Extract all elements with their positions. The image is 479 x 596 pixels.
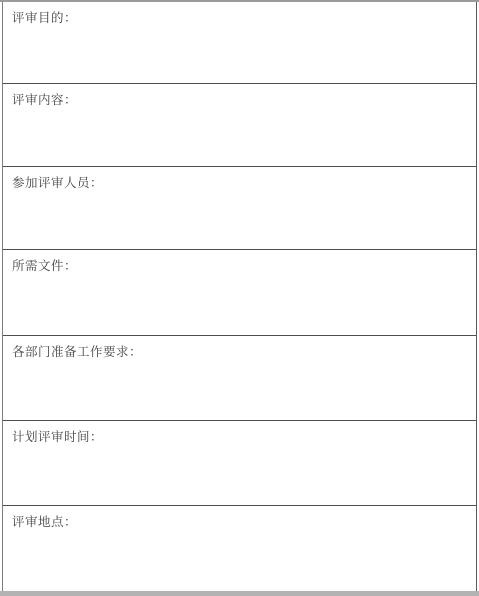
form-row-review-purpose: 评审目的： [3,2,476,84]
row-label-required-documents: 所需文件： [3,250,77,274]
review-plan-form-table: 评审目的： 评审内容： 参加评审人员： 所需文件： 各部门准备工作要求： 计划评… [2,2,477,591]
row-label-participants: 参加评审人员： [3,167,103,191]
form-row-department-prep-requirements: 各部门准备工作要求： [3,336,476,421]
row-label-review-location: 评审地点： [3,506,77,530]
form-row-review-location: 评审地点： [3,506,476,591]
form-row-review-content: 评审内容： [3,84,476,167]
form-row-planned-review-time: 计划评审时间： [3,421,476,506]
row-label-review-content: 评审内容： [3,84,77,108]
row-label-department-prep-requirements: 各部门准备工作要求： [3,336,142,360]
form-row-required-documents: 所需文件： [3,250,476,336]
form-row-participants: 参加评审人员： [3,167,476,250]
row-label-planned-review-time: 计划评审时间： [3,421,103,445]
row-label-review-purpose: 评审目的： [3,2,77,26]
page-bottom-edge [0,591,479,596]
